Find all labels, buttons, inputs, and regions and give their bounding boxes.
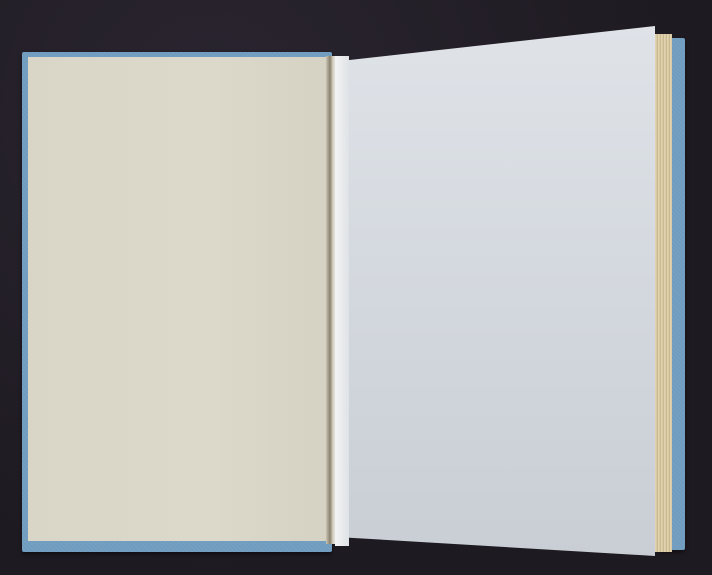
left-pastedown-page [28,57,330,541]
faint-bleed-through-text [120,168,280,180]
endpaper-hinge-strip [335,56,349,546]
right-blank-page [345,26,655,556]
